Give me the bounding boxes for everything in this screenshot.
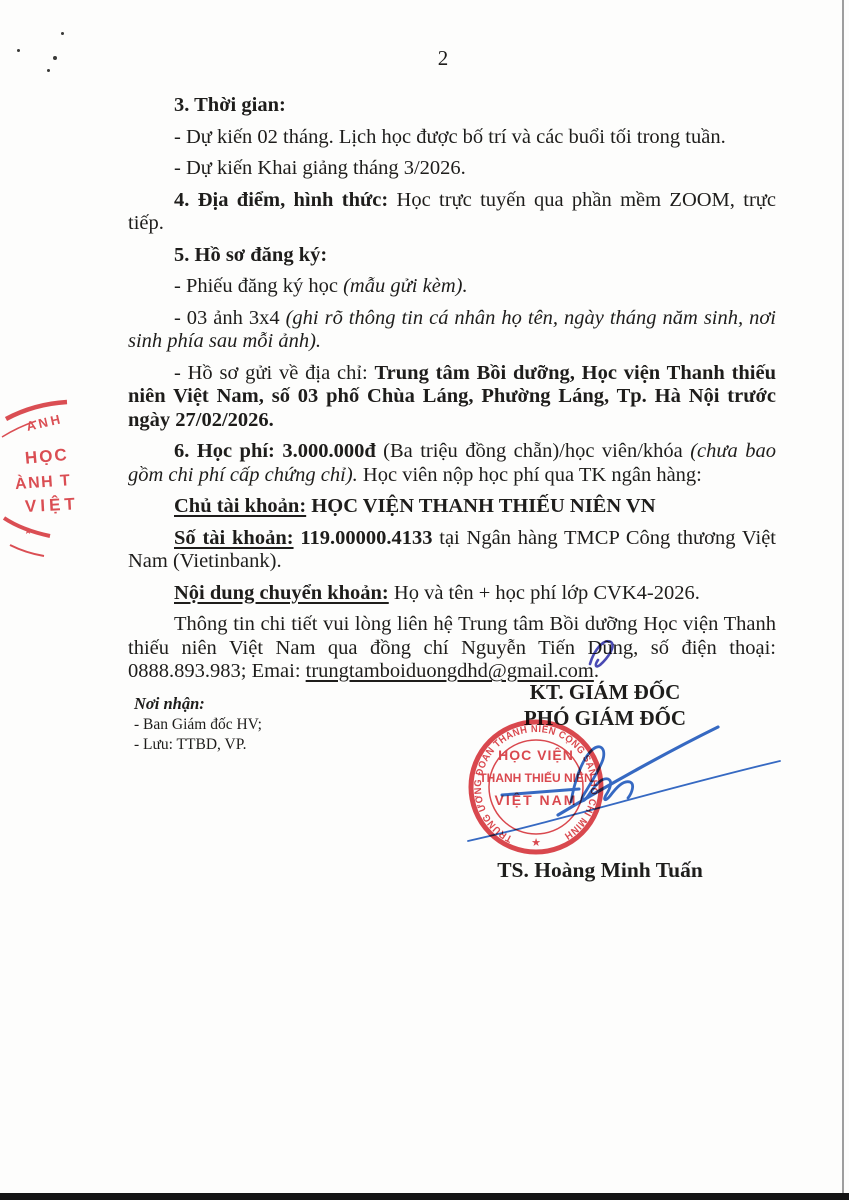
para-hoc-phi: 6. Học phí: 3.000.000đ (Ba triệu đồng ch… xyxy=(128,440,776,487)
account-number: 119.00000.4133 xyxy=(294,527,433,549)
page-number: 2 xyxy=(0,46,849,71)
para-chu-tai-khoan: Chủ tài khoản: HỌC VIỆN THANH THIẾU NIÊN… xyxy=(128,495,776,519)
para-dia-diem-hinh-thuc: 4. Địa điểm, hình thức: Học trực tuyến q… xyxy=(128,189,776,236)
stamp-fragment: HỌC xyxy=(24,445,69,468)
stamp-fragment: VIỆT xyxy=(25,494,80,516)
para-thong-tin-lien-he: Thông tin chi tiết vui lòng liên hệ Trun… xyxy=(128,613,776,684)
para-thoi-gian-heading: 3. Thời gian: xyxy=(128,94,776,118)
section-heading: 3. Thời gian: xyxy=(174,94,286,116)
scan-speck xyxy=(17,49,20,52)
recipients-heading: Nơi nhận: xyxy=(134,694,262,715)
signature-ink xyxy=(440,690,849,870)
recipient-item: - Ban Giám đốc HV; xyxy=(134,715,262,736)
para-so-tai-khoan: Số tài khoản: 119.00000.4133 tại Ngân hà… xyxy=(128,527,776,574)
scan-speck xyxy=(53,56,57,60)
ink-initial-mark xyxy=(578,630,626,674)
para-du-kien-khai-giang: - Dự kiến Khai giảng tháng 3/2026. xyxy=(128,157,776,181)
scan-edge-bottom xyxy=(0,1193,849,1200)
scan-speck xyxy=(47,69,50,72)
para-du-kien-thang: - Dự kiến 02 tháng. Lịch học được bố trí… xyxy=(128,126,776,150)
recipient-item: - Lưu: TTBD, VP. xyxy=(134,735,262,756)
email-address: trungtamboiduongdhd@gmail.com xyxy=(306,660,594,682)
stamp-star: ★ xyxy=(24,526,32,536)
para-noi-dung-chuyen-khoan: Nội dung chuyển khoản: Họ và tên + học p… xyxy=(128,582,776,606)
account-holder: HỌC VIỆN THANH THIẾU NIÊN VN xyxy=(306,495,655,517)
partial-stamp-left-edge: ANH HỌC ÀNH T VIỆT ★ xyxy=(0,385,100,570)
document-body: 3. Thời gian: - Dự kiến 02 tháng. Lịch h… xyxy=(128,94,776,692)
para-anh-3x4: - 03 ảnh 3x4 (ghi rõ thông tin cá nhân h… xyxy=(128,307,776,354)
para-ho-so-gui-ve: - Hồ sơ gửi về địa chỉ: Trung tâm Bồi dư… xyxy=(128,362,776,433)
tuition-fee: 6. Học phí: 3.000.000đ xyxy=(174,440,376,462)
stamp-fragment: ANH xyxy=(25,411,65,434)
scan-speck xyxy=(61,32,64,35)
scanned-document-page: 2 3. Thời gian: - Dự kiến 02 tháng. Lịch… xyxy=(0,0,849,1200)
para-phieu-dang-ky: - Phiếu đăng ký học (mẫu gửi kèm). xyxy=(128,275,776,299)
scan-edge-right xyxy=(842,0,844,1200)
recipients-block: Nơi nhận: - Ban Giám đốc HV; - Lưu: TTBD… xyxy=(134,694,262,756)
stamp-fragment: ÀNH T xyxy=(14,470,72,493)
para-ho-so-dang-ky-heading: 5. Hồ sơ đăng ký: xyxy=(128,244,776,268)
